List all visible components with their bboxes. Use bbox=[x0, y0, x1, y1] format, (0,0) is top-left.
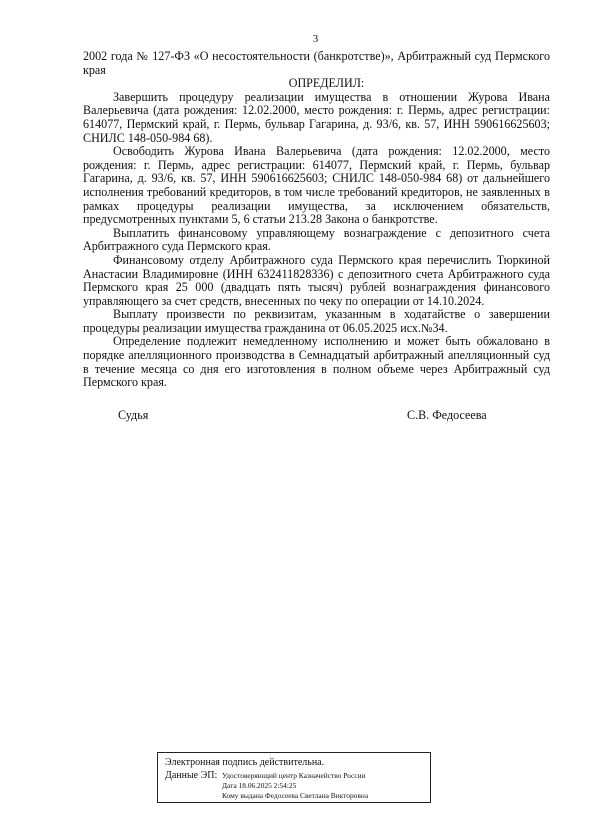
ruling-heading: ОПРЕДЕЛИЛ: bbox=[83, 77, 550, 91]
electronic-signature-stamp: Электронная подпись действительна. Данны… bbox=[157, 752, 431, 803]
paragraph-payment-details: Выплату произвести по реквизитам, указан… bbox=[83, 308, 550, 335]
paragraph-release-debtor: Освободить Журова Ивана Валерьевича (дат… bbox=[83, 145, 550, 227]
paragraph-pay-remuneration: Выплатить финансовому управляющему возна… bbox=[83, 227, 550, 254]
judge-role: Судья bbox=[118, 408, 148, 422]
esign-data-label: Данные ЭП: bbox=[165, 770, 217, 782]
esign-date: Дата 18.06.2025 2:54:25 bbox=[222, 781, 368, 791]
intro-line: 2002 года № 127-ФЗ «О несостоятельности … bbox=[83, 50, 550, 77]
document-body: 2002 года № 127-ФЗ «О несостоятельности … bbox=[83, 50, 550, 390]
judge-name: С.В. Федосеева bbox=[407, 408, 487, 422]
esign-validity-text: Электронная подпись действительна. bbox=[165, 757, 324, 769]
paragraph-complete-procedure: Завершить процедуру реализации имущества… bbox=[83, 91, 550, 145]
esign-issuer: Удостоверяющий центр Казначейство России bbox=[222, 771, 368, 781]
paragraph-appeal: Определение подлежит немедленному исполн… bbox=[83, 335, 550, 389]
paragraph-transfer-funds: Финансовому отделу Арбитражного суда Пер… bbox=[83, 254, 550, 308]
page-number: 3 bbox=[0, 33, 589, 46]
esign-issued-to: Кому выдана Федосеева Светлана Викторовн… bbox=[222, 791, 368, 801]
esign-details: Удостоверяющий центр Казначейство России… bbox=[222, 771, 368, 802]
